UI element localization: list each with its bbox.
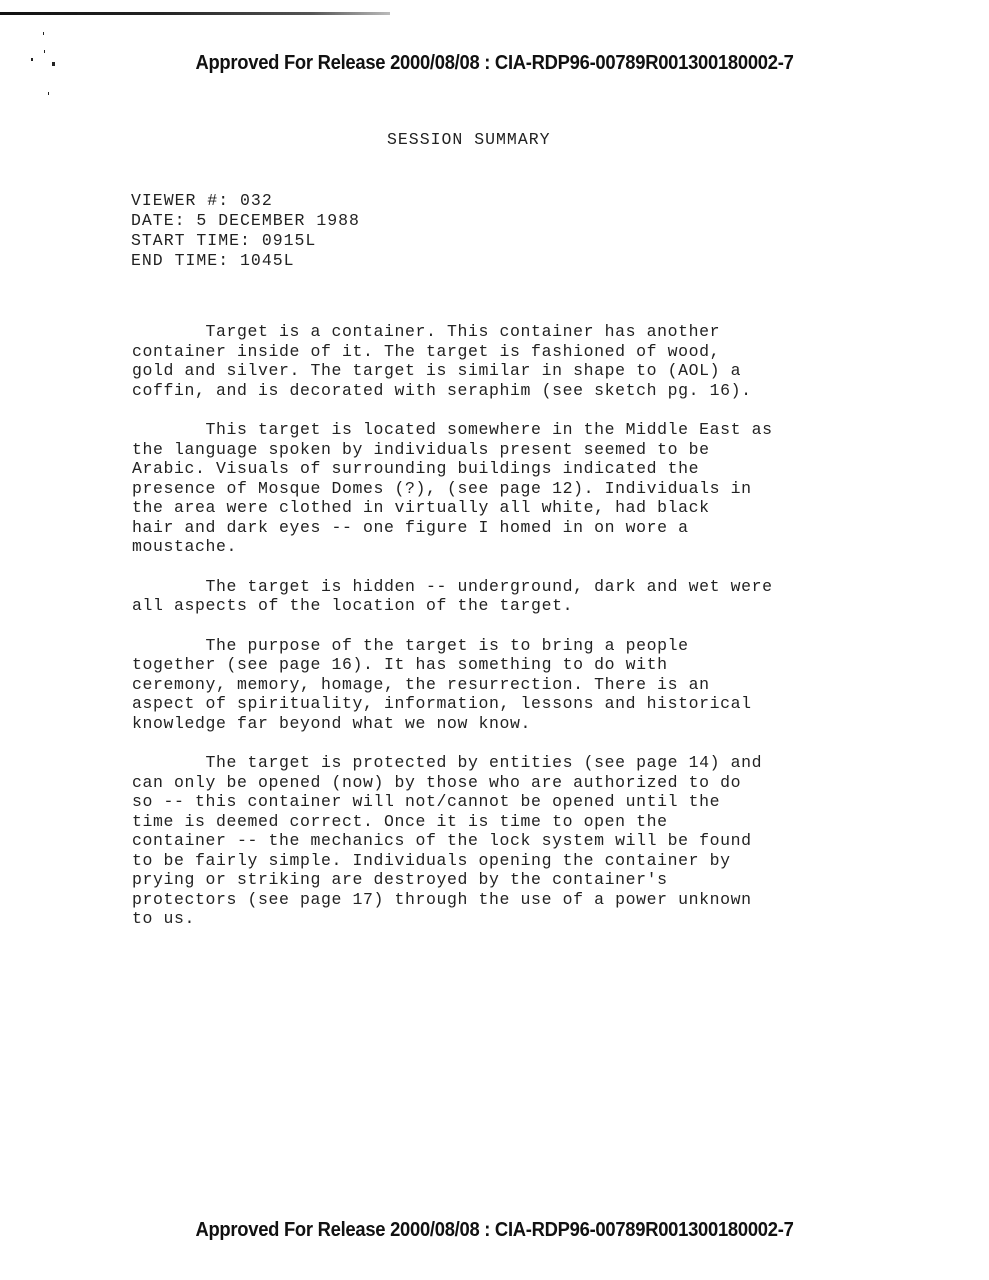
text-line: aspect of spirituality, information, les… (132, 694, 832, 714)
text-line: so -- this container will not/cannot be … (132, 792, 832, 812)
text-line: time is deemed correct. Once it is time … (132, 812, 832, 832)
start-time: START TIME: 0915L (131, 231, 360, 251)
text-line: The target is protected by entities (see… (132, 753, 832, 773)
text-line: hair and dark eyes -- one figure I homed… (132, 518, 832, 538)
text-line: moustache. (132, 537, 832, 557)
viewer-number: VIEWER #: 032 (131, 191, 360, 211)
text-line: Target is a container. This container ha… (132, 322, 832, 342)
text-line: container -- the mechanics of the lock s… (132, 831, 832, 851)
text-line: container inside of it. The target is fa… (132, 342, 832, 362)
text-line: the language spoken by individuals prese… (132, 440, 832, 460)
text-line: all aspects of the location of the targe… (132, 596, 832, 616)
text-line: ceremony, memory, homage, the resurrecti… (132, 675, 832, 695)
paragraph-hidden: The target is hidden -- underground, dar… (132, 577, 832, 616)
session-date: DATE: 5 DECEMBER 1988 (131, 211, 360, 231)
text-line: to be fairly simple. Individuals opening… (132, 851, 832, 871)
text-line: prying or striking are destroyed by the … (132, 870, 832, 890)
text-line: knowledge far beyond what we now know. (132, 714, 832, 734)
text-line: coffin, and is decorated with seraphim (… (132, 381, 832, 401)
text-line: protectors (see page 17) through the use… (132, 890, 832, 910)
scan-speck (48, 92, 49, 95)
paragraph-target-description: Target is a container. This container ha… (132, 322, 832, 400)
text-line: the area were clothed in virtually all w… (132, 498, 832, 518)
document-page: Approved For Release 2000/08/08 : CIA-RD… (0, 0, 989, 1280)
text-line: Arabic. Visuals of surrounding buildings… (132, 459, 832, 479)
scan-artifact-line (0, 12, 390, 15)
text-line: The target is hidden -- underground, dar… (132, 577, 832, 597)
text-line: can only be opened (now) by those who ar… (132, 773, 832, 793)
paragraph-purpose: The purpose of the target is to bring a … (132, 636, 832, 734)
text-line: to us. (132, 909, 832, 929)
document-title: SESSION SUMMARY (387, 130, 551, 149)
text-line: together (see page 16). It has something… (132, 655, 832, 675)
session-metadata: VIEWER #: 032 DATE: 5 DECEMBER 1988 STAR… (131, 191, 360, 271)
text-line: gold and silver. The target is similar i… (132, 361, 832, 381)
text-line: The purpose of the target is to bring a … (132, 636, 832, 656)
scan-speck (31, 58, 33, 61)
paragraph-location: This target is located somewhere in the … (132, 420, 832, 557)
text-line: This target is located somewhere in the … (132, 420, 832, 440)
end-time: END TIME: 1045L (131, 251, 360, 271)
release-stamp-footer: Approved For Release 2000/08/08 : CIA-RD… (40, 1219, 950, 1242)
text-line: presence of Mosque Domes (?), (see page … (132, 479, 832, 499)
release-stamp-header: Approved For Release 2000/08/08 : CIA-RD… (40, 52, 950, 75)
paragraph-protection: The target is protected by entities (see… (132, 753, 832, 929)
scan-speck (43, 32, 44, 35)
summary-body: Target is a container. This container ha… (132, 322, 832, 949)
